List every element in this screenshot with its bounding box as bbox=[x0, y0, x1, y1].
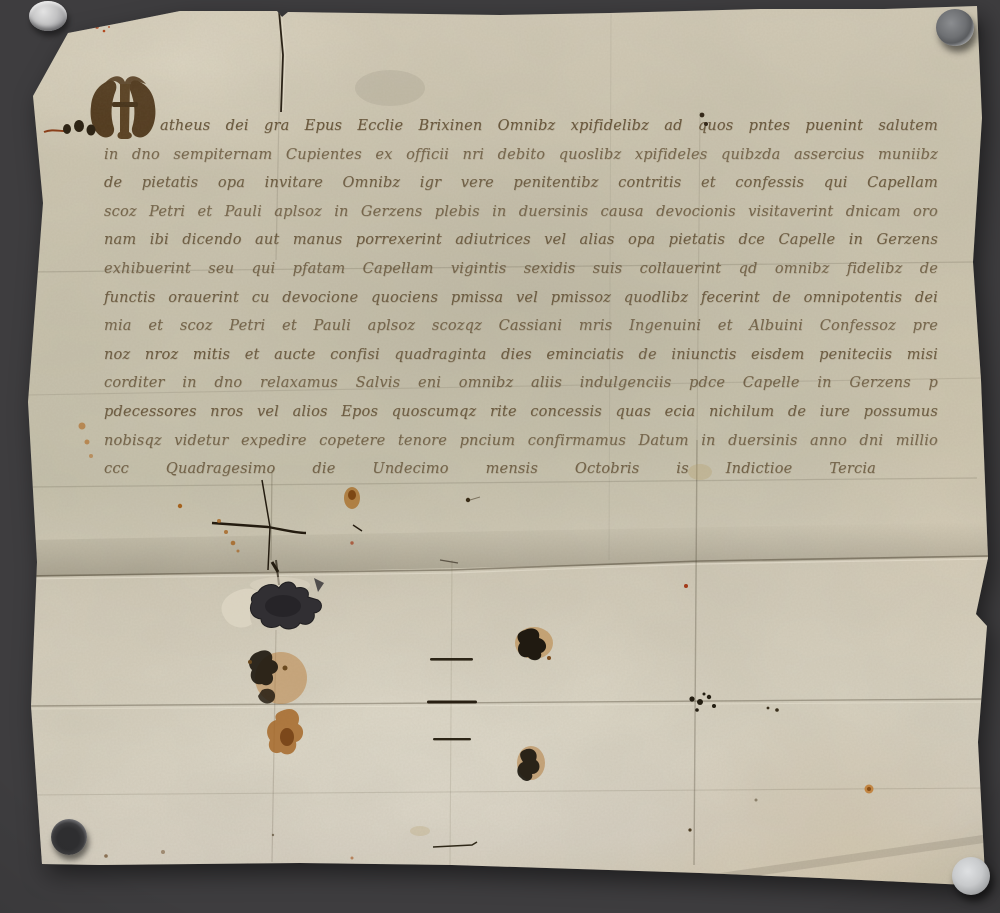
pushpin-bottom-left bbox=[51, 819, 87, 855]
photograph-of-charter: atheus dei gra Epus Ecclie Brixinen Omni… bbox=[0, 0, 1000, 913]
manuscript-line: atheus dei gra Epus Ecclie Brixinen Omni… bbox=[104, 112, 938, 141]
manuscript-line: nam ibi dicendo aut manus porrexerint ad… bbox=[104, 226, 938, 255]
manuscript-line: exhibuerint seu qui pfatam Capellam vigi… bbox=[104, 255, 938, 284]
manuscript-line: nobisqz videtur expedire copetere tenore… bbox=[104, 427, 938, 456]
manuscript-dateline: ccc Quadragesimo die Undecimo mensis Oct… bbox=[104, 455, 876, 484]
initial-letter-m bbox=[84, 70, 168, 146]
pushpin-top-left bbox=[29, 1, 67, 31]
manuscript-line: pdecessores nros vel alios Epos quoscumq… bbox=[104, 398, 938, 427]
manuscript-line: functis orauerint cu devocione quociens … bbox=[104, 284, 938, 313]
manuscript-line: in dno sempiternam Cupientes ex officii … bbox=[104, 141, 938, 170]
manuscript-text: atheus dei gra Epus Ecclie Brixinen Omni… bbox=[104, 112, 938, 484]
manuscript-line: noz nroz mitis et aucte confisi quadragi… bbox=[104, 341, 938, 370]
parchment-sheet: atheus dei gra Epus Ecclie Brixinen Omni… bbox=[0, 0, 1000, 913]
manuscript-line: mia et scoz Petri et Pauli aplsoz scozqz… bbox=[104, 312, 938, 341]
manuscript-line: corditer in dno relaxamus Salvis eni omn… bbox=[104, 369, 938, 398]
manuscript-line: de pietatis opa invitare Omnibz igr vere… bbox=[104, 169, 938, 198]
pushpin-bottom-right bbox=[952, 857, 990, 895]
manuscript-line: scoz Petri et Pauli aplsoz in Gerzens pl… bbox=[104, 198, 938, 227]
pushpin-top-right bbox=[936, 9, 974, 46]
